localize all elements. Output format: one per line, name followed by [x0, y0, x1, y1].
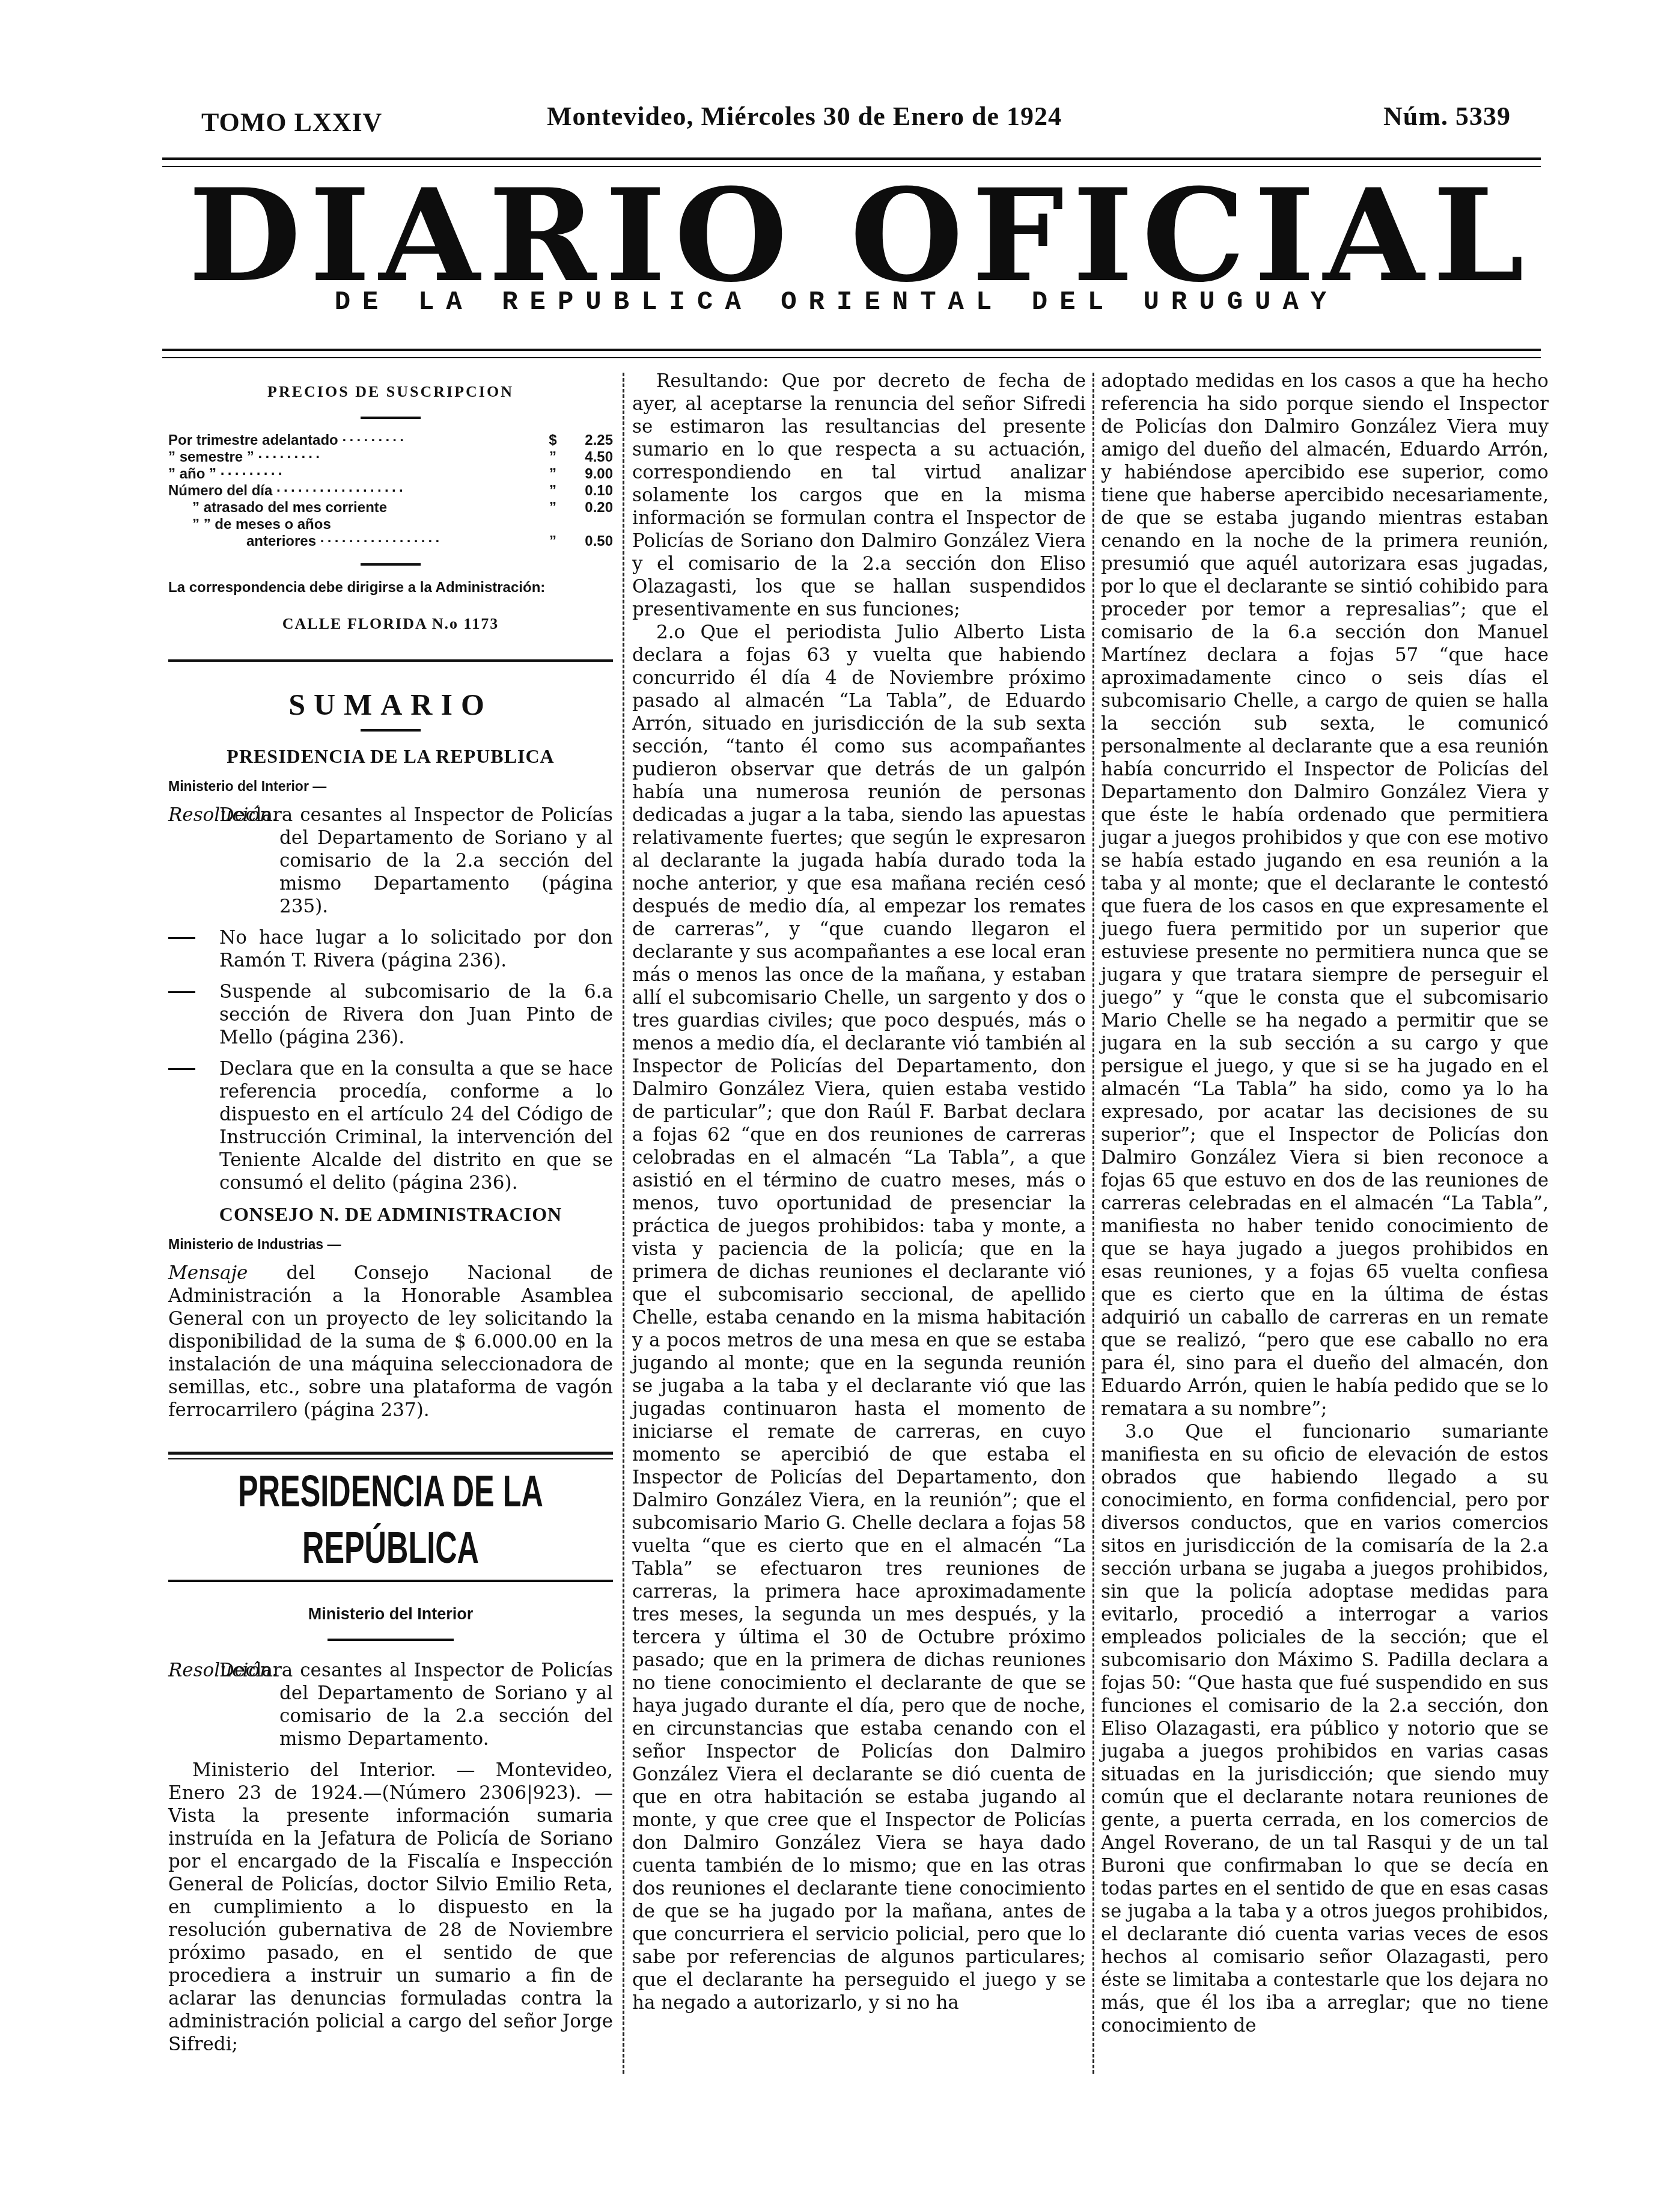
sumario-section: SUMARIO PRESIDENCIA DE LA REPUBLICA Mini… — [168, 693, 613, 1422]
short-rule — [361, 563, 421, 566]
administration-address: CALLE FLORIDA N.o 1173 — [168, 613, 613, 635]
middle-column: Resultando: Que por decreto de fecha de … — [632, 370, 1086, 2014]
article-paragraph: Resultando: Que por decreto de fecha de … — [632, 370, 1086, 621]
newspaper-page: TOMO LXXIV Montevideo, Miércoles 30 de E… — [0, 0, 1673, 2212]
short-rule — [328, 1639, 454, 1641]
left-column: PRECIOS DE SUSCRIPCION Por trimestre ade… — [168, 370, 613, 2056]
short-rule — [361, 729, 421, 732]
issue-date: Montevideo, Miércoles 30 de Enero de 192… — [547, 101, 1062, 132]
resolution-entry: Resolución. Declara cesantes al Inspecto… — [168, 1659, 613, 1750]
price-row: Número del día ·················· ” 0.10 — [168, 483, 613, 500]
price-row: ” ” de meses o años — [168, 516, 613, 533]
subscription-box: PRECIOS DE SUSCRIPCION Por trimestre ade… — [168, 380, 613, 635]
article-body-left: Ministerio del Interior. — Montevideo, E… — [168, 1759, 613, 2056]
subscription-price-table: Por trimestre adelantado ········· $ 2.2… — [168, 432, 613, 550]
entry-text: No hace lugar a lo solicitado por don Ra… — [219, 927, 613, 971]
sumario-entry: Resolución. Declara cesantes al Inspecto… — [168, 804, 613, 918]
sumario-entry: Suspende al subcomisario de la 6.a secci… — [168, 980, 613, 1049]
sumario-title: SUMARIO — [168, 693, 613, 716]
column-divider-left — [623, 373, 624, 2074]
entry-dash — [168, 1068, 195, 1070]
article-ministry: Ministerio del Interior — [168, 1602, 613, 1625]
article-paragraph: 2.o Que el periodista Julio Alberto List… — [632, 621, 1086, 2014]
entry-text: Declara cesantes al Inspector de Policía… — [219, 804, 613, 918]
price-row: Por trimestre adelantado ········· $ 2.2… — [168, 432, 613, 449]
price-row: ” año ” ········· ” 9.00 — [168, 466, 613, 483]
issue-number: Núm. 5339 — [1383, 101, 1511, 132]
article-banner: PRESIDENCIA DE LA REPÚBLICA — [178, 1463, 603, 1577]
sumario-ministry: Ministerio de Industrias — — [168, 1233, 613, 1256]
entry-text: Declara que en la consulta a que se hace… — [219, 1058, 613, 1194]
entry-text: Suspende al subcomisario de la 6.a secci… — [219, 981, 613, 1048]
header-rule-bottom — [162, 349, 1541, 358]
section-rule — [168, 659, 613, 662]
entry-lead: Resolución. — [168, 804, 278, 826]
price-row: ” semestre ” ········· ” 4.50 — [168, 449, 613, 466]
sumario-ministry: Ministerio del Interior — — [168, 775, 613, 798]
banner-rule-top — [168, 1452, 613, 1459]
resolution-lead: Resolución. — [168, 1659, 278, 1682]
sumario-section-heading: PRESIDENCIA DE LA REPUBLICA — [168, 745, 613, 768]
resolution-summary: Resolución. Declara cesantes al Inspecto… — [168, 1659, 613, 1750]
column-divider-right — [1092, 373, 1094, 2074]
banner-rule-bottom — [168, 1580, 613, 1582]
short-rule — [361, 417, 421, 419]
entry-dash — [168, 937, 195, 939]
article-paragraph: adoptado medidas en los casos a que ha h… — [1101, 370, 1549, 1420]
entry-dash — [168, 991, 195, 993]
sumario-section-heading: CONSEJO N. DE ADMINISTRACION — [168, 1203, 613, 1226]
issue-info-line: TOMO LXXIV Montevideo, Miércoles 30 de E… — [201, 101, 1529, 143]
resolution-text: Declara cesantes al Inspector de Policía… — [219, 1659, 613, 1750]
sumario-entry: No hace lugar a lo solicitado por don Ra… — [168, 926, 613, 972]
entry-text: del Consejo Nacional de Administración a… — [168, 1262, 613, 1421]
price-row: ” atrasado del mes corriente ” 0.20 — [168, 500, 613, 516]
masthead-subtitle: DE LA REPUBLICA ORIENTAL DEL URUGUAY — [0, 287, 1673, 317]
masthead-title: DIARIO OFICIAL — [160, 176, 1561, 296]
price-row: anteriores ················· ” 0.50 — [168, 533, 613, 550]
sumario-entry: Declara que en la consulta a que se hace… — [168, 1057, 613, 1194]
subscription-title: PRECIOS DE SUSCRIPCION — [168, 380, 613, 403]
correspondence-note: La correspondencia debe dirigirse a la A… — [168, 579, 613, 597]
sumario-entry: Mensaje del Consejo Nacional de Administ… — [168, 1262, 613, 1422]
volume-number: TOMO LXXIV — [201, 107, 382, 138]
article-paragraph: 3.o Que el funcionario sumariante manifi… — [1101, 1420, 1549, 2037]
right-column: adoptado medidas en los casos a que ha h… — [1101, 370, 1549, 2037]
entry-lead: Mensaje — [168, 1262, 248, 1284]
